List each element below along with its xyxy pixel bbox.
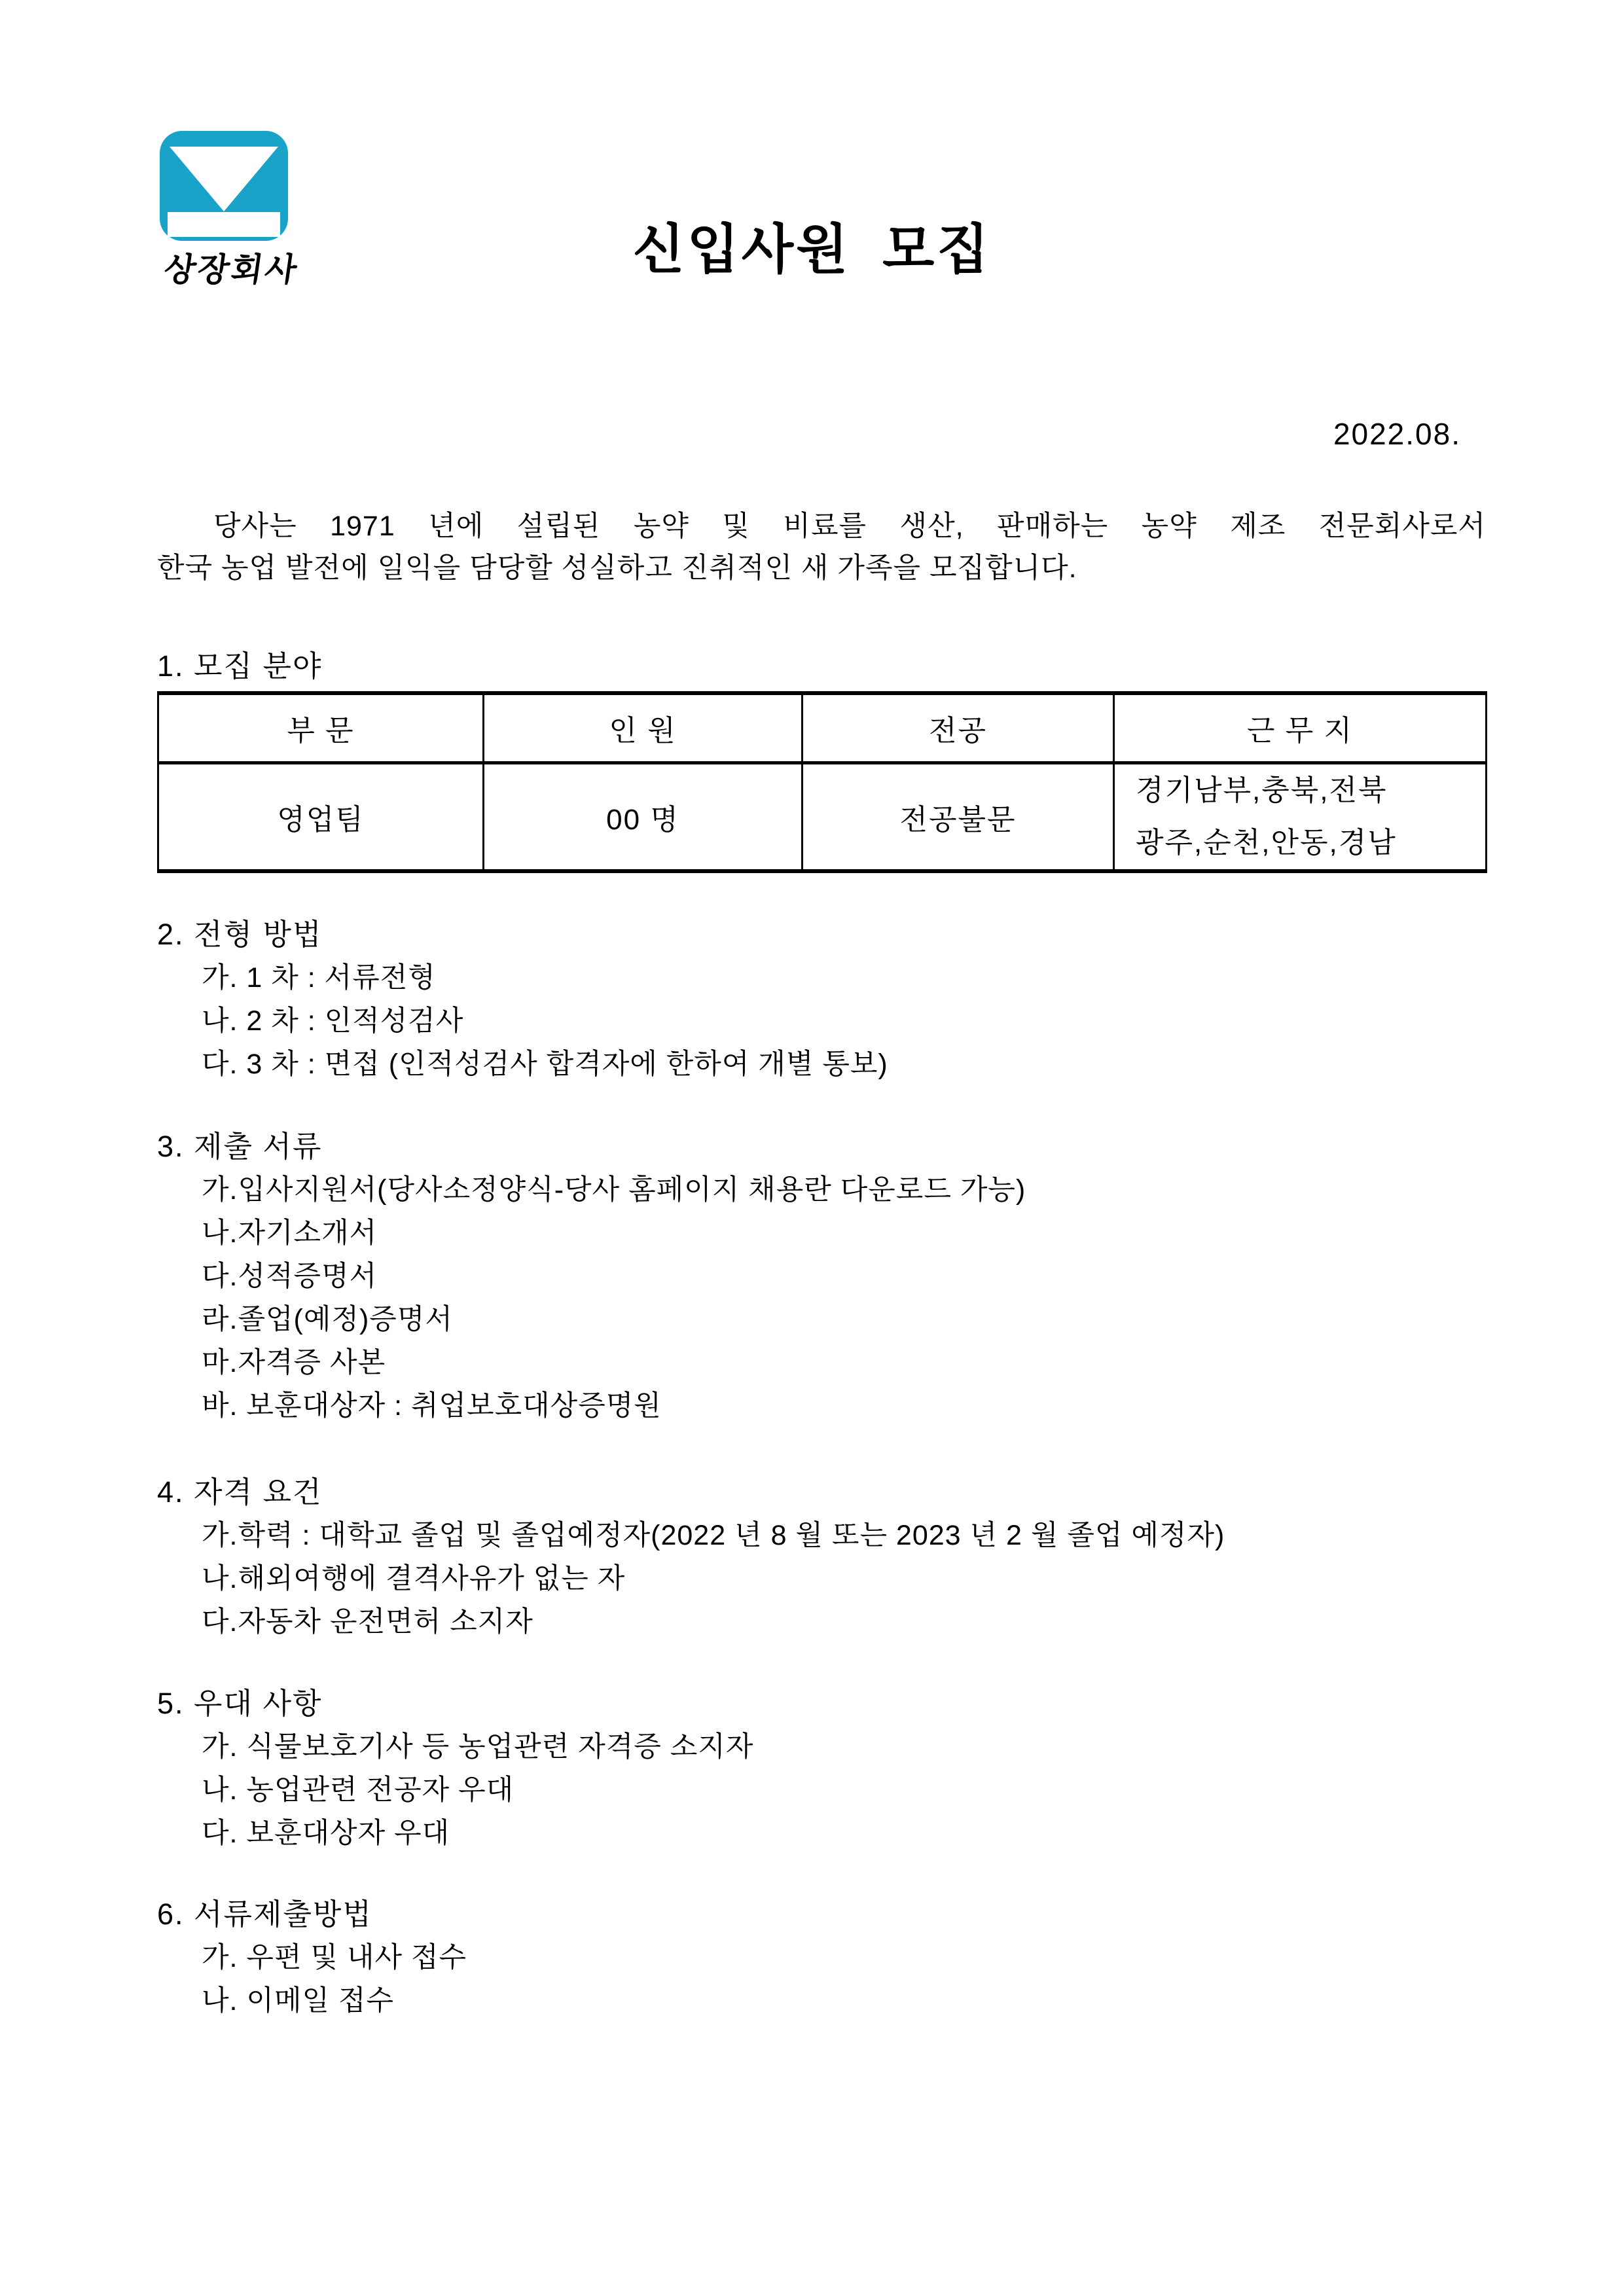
section-required-documents: 3. 제출 서류 가.입사지원서(당사소정양식-당사 홈페이지 채용란 다운로드… bbox=[157, 1125, 1545, 1427]
list-item: 라.졸업(예정)증명서 bbox=[202, 1298, 1545, 1341]
list-item: 나.자기소개서 bbox=[202, 1211, 1545, 1255]
table-header-headcount: 인 원 bbox=[484, 693, 803, 762]
section-items: 가. 1 차 : 서류전형 나. 2 차 : 인적성검사 다. 3 차 : 면접… bbox=[157, 956, 1545, 1086]
section-items: 가.입사지원서(당사소정양식-당사 홈페이지 채용란 다운로드 가능) 나.자기… bbox=[157, 1168, 1545, 1427]
section-heading: 2. 전형 방법 bbox=[157, 913, 1545, 956]
cell-headcount: 00 명 bbox=[484, 762, 803, 871]
list-item: 다. 보훈대상자 우대 bbox=[202, 1812, 1545, 1855]
section-heading: 6. 서류제출방법 bbox=[157, 1893, 1545, 1936]
table-header-major: 전공 bbox=[803, 693, 1114, 762]
list-item: 가. 우편 및 내사 접수 bbox=[202, 1936, 1545, 1979]
list-item: 다.자동차 운전면허 소지자 bbox=[202, 1600, 1545, 1643]
list-item: 나. 이메일 접수 bbox=[202, 1979, 1545, 2022]
table-header-dept: 부 문 bbox=[158, 693, 484, 762]
list-item: 가. 1 차 : 서류전형 bbox=[202, 956, 1545, 999]
intro-line-1: 당사는 1971 년에 설립된 농약 및 비료를 생산, 판매하는 농약 제조 … bbox=[157, 505, 1486, 547]
location-line-2: 광주,순천,안동,경남 bbox=[1136, 817, 1485, 869]
section-selection-process: 2. 전형 방법 가. 1 차 : 서류전형 나. 2 차 : 인적성검사 다.… bbox=[157, 913, 1545, 1086]
table-header-location: 근 무 지 bbox=[1114, 693, 1487, 762]
cell-dept: 영업팀 bbox=[158, 762, 484, 871]
list-item: 나. 2 차 : 인적성검사 bbox=[202, 999, 1545, 1043]
section-recruit-fields: 1. 모집 분야 bbox=[157, 645, 1545, 688]
table-row: 영업팀 00 명 전공불문 경기남부,충북,전북 광주,순천,안동,경남 bbox=[158, 762, 1487, 871]
list-item: 다. 3 차 : 면접 (인적성검사 합격자에 한하여 개별 통보) bbox=[202, 1043, 1545, 1086]
section-items: 가. 우편 및 내사 접수 나. 이메일 접수 bbox=[157, 1936, 1545, 2022]
section-items: 가.학력 : 대학교 졸업 및 졸업예정자(2022 년 8 월 또는 2023… bbox=[157, 1514, 1545, 1643]
list-item: 가.입사지원서(당사소정양식-당사 홈페이지 채용란 다운로드 가능) bbox=[202, 1168, 1545, 1211]
section-qualifications: 4. 자격 요건 가.학력 : 대학교 졸업 및 졸업예정자(2022 년 8 … bbox=[157, 1471, 1545, 1643]
section-heading: 4. 자격 요건 bbox=[157, 1471, 1545, 1514]
document-page: 상장회사 신입사원 모집 2022.08. 당사는 1971 년에 설립된 농약… bbox=[0, 0, 1624, 2296]
list-item: 다.성적증명서 bbox=[202, 1255, 1545, 1298]
section-submission-method: 6. 서류제출방법 가. 우편 및 내사 접수 나. 이메일 접수 bbox=[157, 1893, 1545, 2022]
list-item: 바. 보훈대상자 : 취업보호대상증명원 bbox=[202, 1384, 1545, 1427]
document-date: 2022.08. bbox=[157, 418, 1461, 450]
section-heading: 5. 우대 사항 bbox=[157, 1682, 1545, 1725]
list-item: 나. 농업관련 전공자 우대 bbox=[202, 1768, 1545, 1812]
cell-location: 경기남부,충북,전북 광주,순천,안동,경남 bbox=[1114, 762, 1487, 871]
intro-paragraph: 당사는 1971 년에 설립된 농약 및 비료를 생산, 판매하는 농약 제조 … bbox=[157, 505, 1486, 589]
location-line-1: 경기남부,충북,전북 bbox=[1136, 764, 1485, 817]
section-heading: 1. 모집 분야 bbox=[157, 645, 1545, 688]
section-preferences: 5. 우대 사항 가. 식물보호기사 등 농업관련 자격증 소지자 나. 농업관… bbox=[157, 1682, 1545, 1855]
list-item: 마.자격증 사본 bbox=[202, 1341, 1545, 1384]
section-heading: 3. 제출 서류 bbox=[157, 1125, 1545, 1168]
cell-major: 전공불문 bbox=[803, 762, 1114, 871]
section-items: 가. 식물보호기사 등 농업관련 자격증 소지자 나. 농업관련 전공자 우대 … bbox=[157, 1725, 1545, 1855]
list-item: 나.해외여행에 결격사유가 없는 자 bbox=[202, 1557, 1545, 1600]
list-item: 가.학력 : 대학교 졸업 및 졸업예정자(2022 년 8 월 또는 2023… bbox=[202, 1514, 1545, 1557]
table-header-row: 부 문 인 원 전공 근 무 지 bbox=[158, 693, 1487, 762]
recruit-table: 부 문 인 원 전공 근 무 지 영업팀 00 명 전공불문 경기남부,충북,전… bbox=[157, 691, 1487, 873]
page-title: 신입사원 모집 bbox=[0, 220, 1624, 280]
list-item: 가. 식물보호기사 등 농업관련 자격증 소지자 bbox=[202, 1725, 1545, 1768]
intro-line-2: 한국 농업 발전에 일익을 담당할 성실하고 진취적인 새 가족을 모집합니다. bbox=[157, 547, 1486, 589]
